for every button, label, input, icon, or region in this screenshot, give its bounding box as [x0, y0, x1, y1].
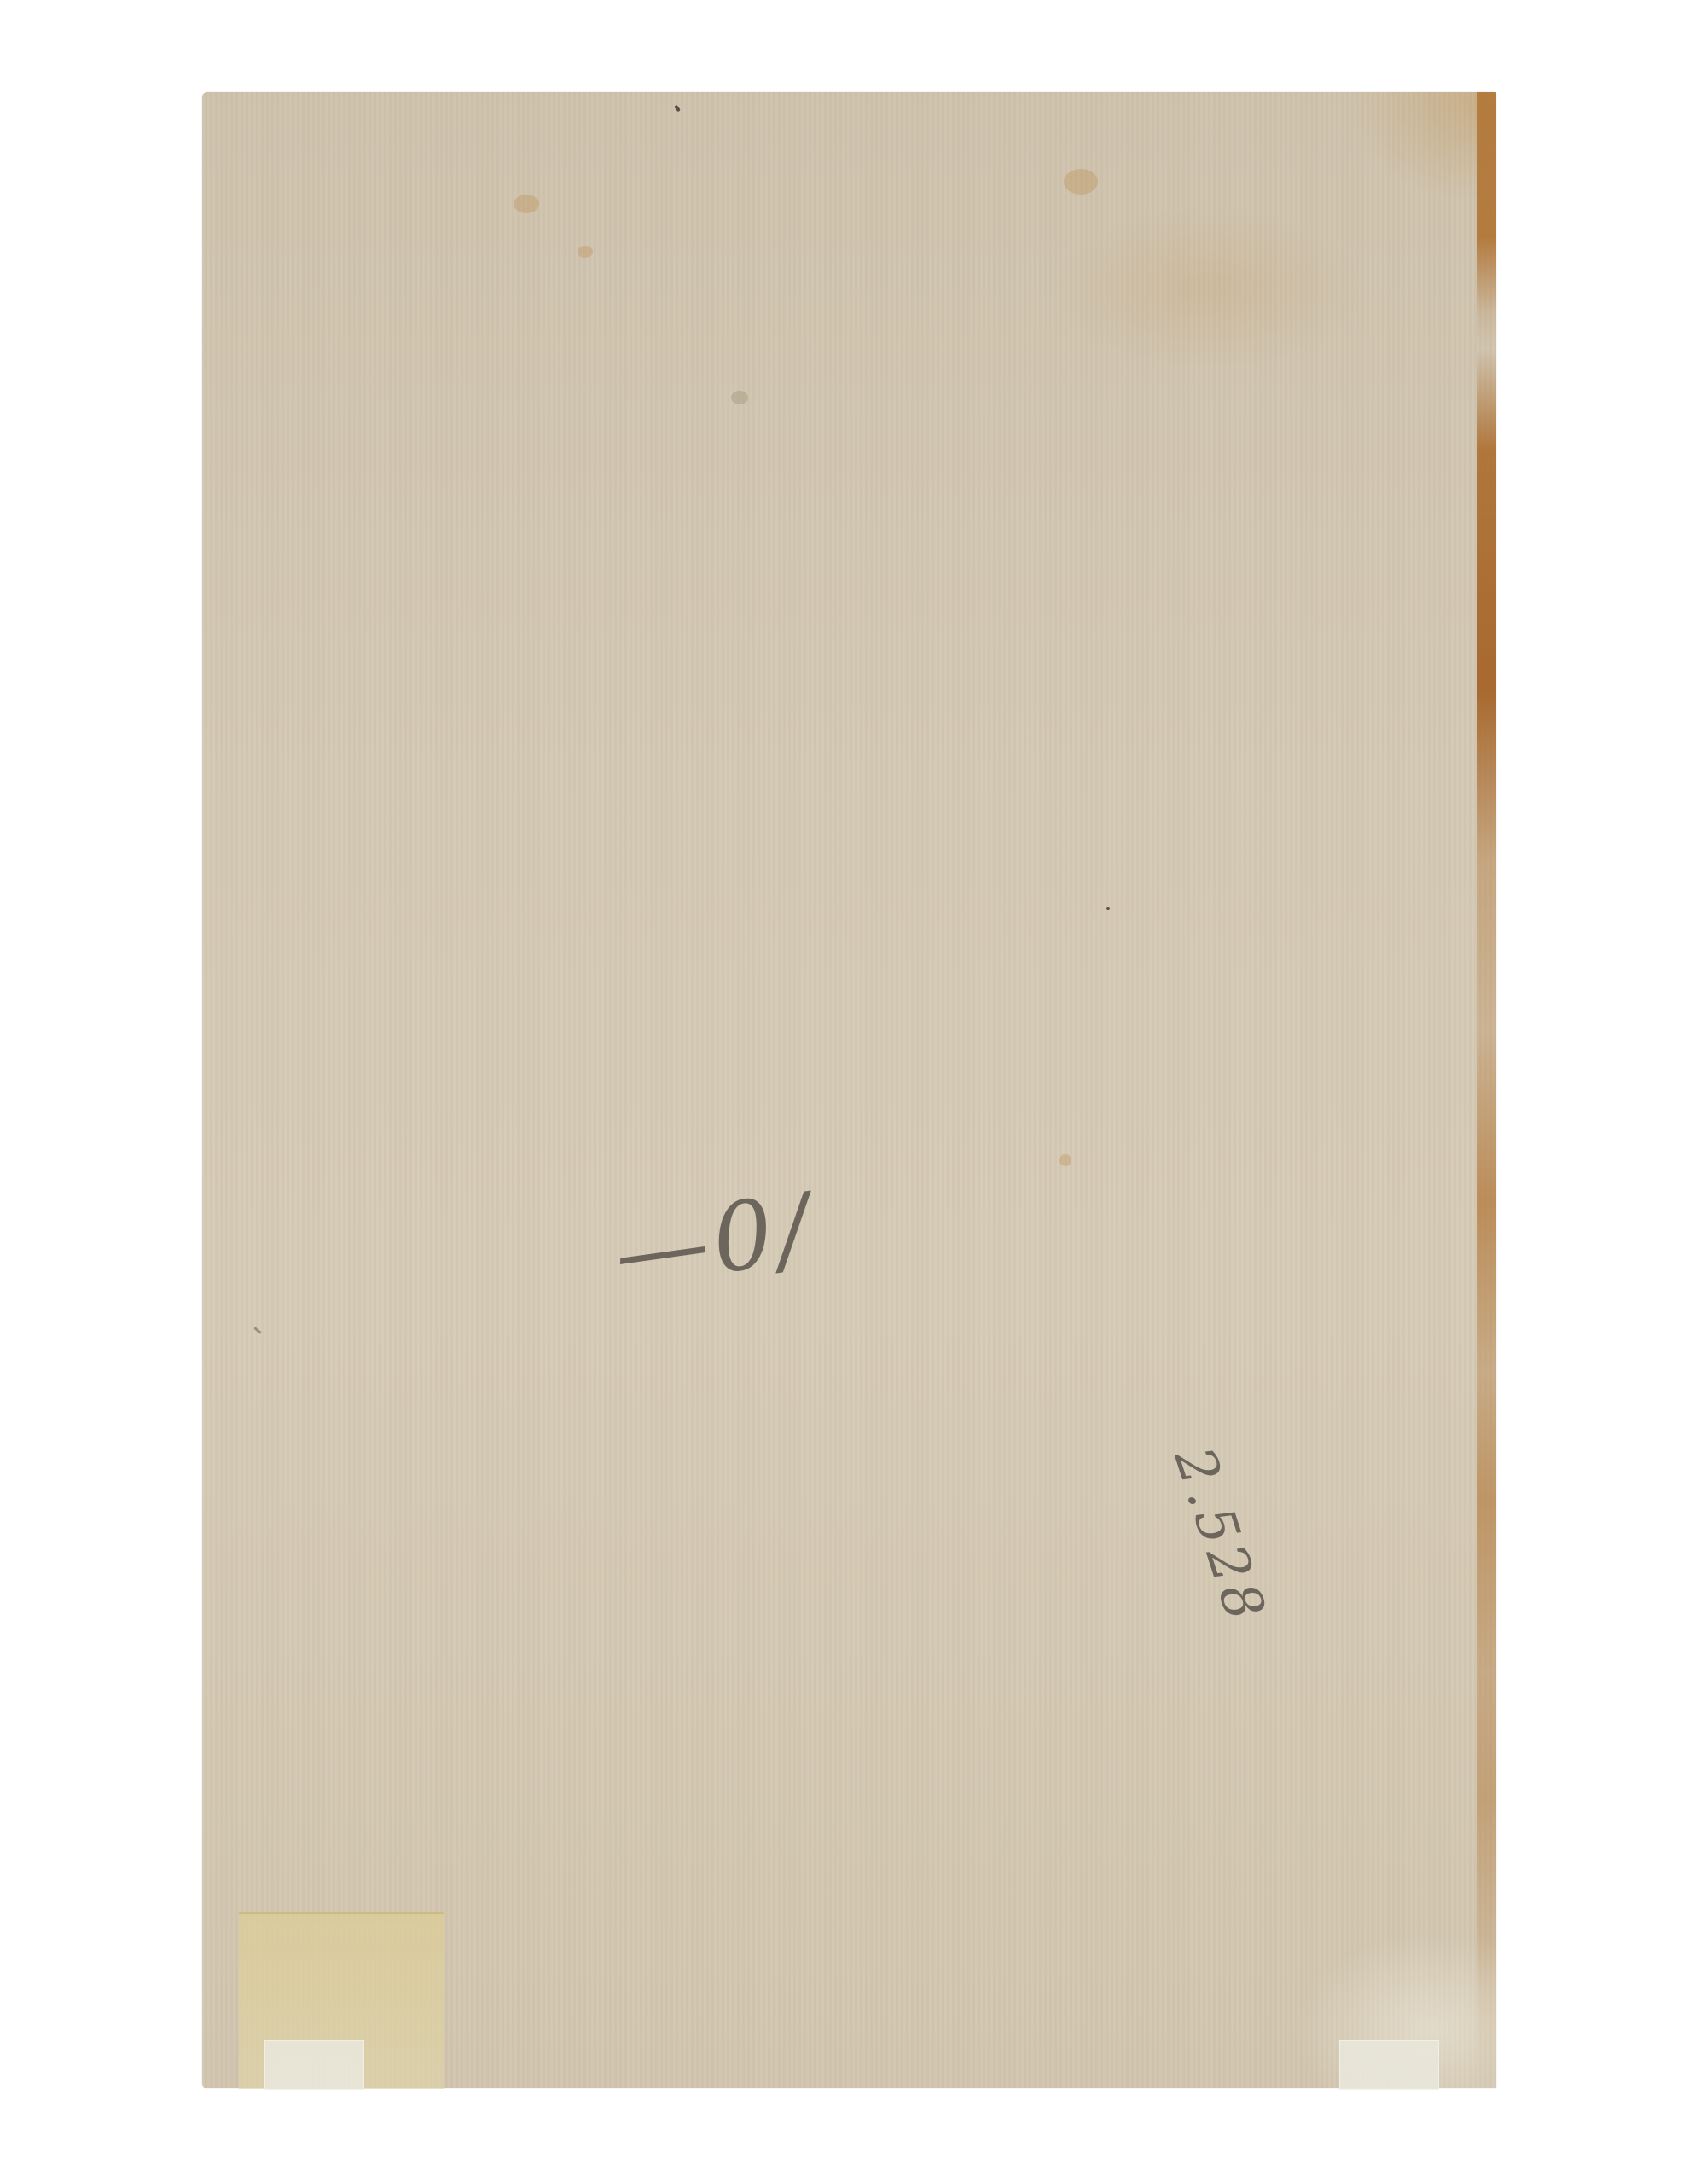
foxing-spot — [731, 391, 748, 404]
pencil-speck — [253, 1327, 262, 1334]
paper-sheet-verso: —0/ 2.528 — [202, 92, 1496, 2088]
foxing-spot — [1059, 1154, 1071, 1166]
hinge-tape-bottom-right — [1339, 2040, 1439, 2090]
pencil-speck — [1106, 907, 1110, 910]
pencil-price-mark: —0/ — [607, 1172, 821, 1308]
foxing-spot — [514, 195, 539, 213]
pencil-speck — [674, 105, 681, 113]
water-stain-top-right — [1300, 92, 1496, 271]
foxing-spot — [1064, 169, 1098, 195]
foxing-spot — [578, 246, 593, 258]
pencil-inventory-number: 2.528 — [1162, 1440, 1278, 1633]
foxing-right-edge — [1477, 92, 1496, 2088]
hinge-tape-bottom-left — [264, 2040, 364, 2090]
